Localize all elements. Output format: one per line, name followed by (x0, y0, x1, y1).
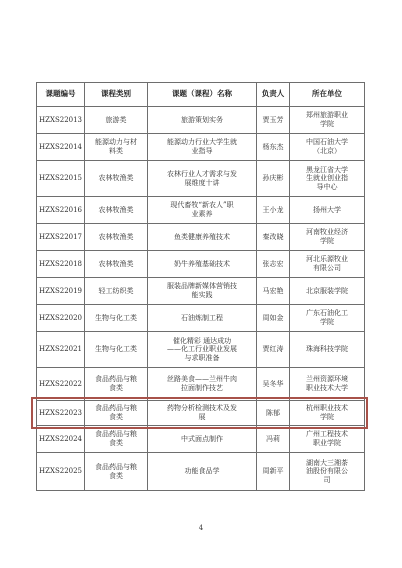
cell-topic-id: HZXS22013 (37, 107, 85, 134)
table-row: HZXS22021 生物与化工类 催化精彩 通达成功 ——化工行业职业发展 与求… (37, 332, 365, 368)
cell-unit: 河南牧业经济 学院 (290, 224, 365, 251)
cell-category: 生物与化工类 (85, 305, 148, 332)
cell-leader: 吴冬华 (257, 368, 290, 401)
cell-category: 食品药品与粮 食类 (85, 401, 148, 426)
col-header-course-name: 课题（课程）名称 (148, 83, 257, 107)
cell-topic-id: HZXS22019 (37, 278, 85, 305)
cell-category: 食品药品与粮 食类 (85, 368, 148, 401)
cell-category: 生物与化工类 (85, 332, 148, 368)
cell-course-name: 鱼类健康养殖技术 (148, 224, 257, 251)
table-row: HZXS22019 轻工纺织类 服装品牌新媒体营销技 能实践 马宏艳 北京服装学… (37, 278, 365, 305)
col-header-topic-id: 课题编号 (37, 83, 85, 107)
cell-category: 能源动力与材 料类 (85, 134, 148, 161)
cell-topic-id: HZXS22014 (37, 134, 85, 161)
cell-unit: 兰州资源环境 职业技术大学 (290, 368, 365, 401)
cell-unit: 杭州职业技术 学院 (290, 401, 365, 426)
course-table: 课题编号 课程类别 课题（课程）名称 负责人 所在单位 HZXS22013 旅游… (36, 82, 365, 491)
cell-unit: 广州工程技术 职业学院 (290, 426, 365, 453)
cell-course-name: 能源动力行业大学生就 业指导 (148, 134, 257, 161)
cell-topic-id: HZXS22023 (37, 401, 85, 426)
cell-topic-id: HZXS22017 (37, 224, 85, 251)
cell-topic-id: HZXS22022 (37, 368, 85, 401)
cell-topic-id: HZXS22021 (37, 332, 85, 368)
document-page: 课题编号 课程类别 课题（课程）名称 负责人 所在单位 HZXS22013 旅游… (0, 0, 402, 568)
cell-topic-id: HZXS22018 (37, 251, 85, 278)
cell-category: 农林牧渔类 (85, 161, 148, 197)
cell-category: 农林牧渔类 (85, 197, 148, 224)
cell-leader: 周如金 (257, 305, 290, 332)
cell-unit: 郑州旅游职业 学院 (290, 107, 365, 134)
table-row: HZXS22017 农林牧渔类 鱼类健康养殖技术 秦改晓 河南牧业经济 学院 (37, 224, 365, 251)
table-row: HZXS22024 食品药品与粮 食类 中式面点制作 冯莉 广州工程技术 职业学… (37, 426, 365, 453)
cell-topic-id: HZXS22020 (37, 305, 85, 332)
cell-course-name: 农林行业人才需求与发 展维度十讲 (148, 161, 257, 197)
cell-category: 旅游类 (85, 107, 148, 134)
cell-unit: 湖南大三湘茶 油股份有限公 司 (290, 453, 365, 491)
cell-topic-id: HZXS22015 (37, 161, 85, 197)
cell-course-name: 中式面点制作 (148, 426, 257, 453)
cell-unit: 北京服装学院 (290, 278, 365, 305)
cell-course-name: 功能食品学 (148, 453, 257, 491)
cell-topic-id: HZXS22016 (37, 197, 85, 224)
cell-course-name: 现代畜牧“新农人”职 业素养 (148, 197, 257, 224)
cell-unit: 广东石油化工 学院 (290, 305, 365, 332)
cell-unit: 河北乐源牧业 有限公司 (290, 251, 365, 278)
cell-category: 轻工纺织类 (85, 278, 148, 305)
col-header-category: 课程类别 (85, 83, 148, 107)
cell-category: 食品药品与粮 食类 (85, 453, 148, 491)
cell-unit: 珠海科技学院 (290, 332, 365, 368)
cell-category: 食品药品与粮 食类 (85, 426, 148, 453)
cell-topic-id: HZXS22024 (37, 426, 85, 453)
cell-course-name: 催化精彩 通达成功 ——化工行业职业发展 与求职准备 (148, 332, 257, 368)
cell-leader: 陈郁 (257, 401, 290, 426)
table-row-highlighted: HZXS22023 食品药品与粮 食类 药物分析检测技术及发 展 陈郁 杭州职业… (37, 401, 365, 426)
cell-course-name: 丝路美食——兰州牛肉 拉面制作技艺 (148, 368, 257, 401)
col-header-leader: 负责人 (257, 83, 290, 107)
cell-leader: 周新平 (257, 453, 290, 491)
table-row: HZXS22018 农林牧渔类 奶牛养殖基础技术 张志宏 河北乐源牧业 有限公司 (37, 251, 365, 278)
cell-leader: 秦改晓 (257, 224, 290, 251)
cell-leader: 冯莉 (257, 426, 290, 453)
table-row: HZXS22020 生物与化工类 石油炼制工程 周如金 广东石油化工 学院 (37, 305, 365, 332)
cell-leader: 贾红涛 (257, 332, 290, 368)
cell-leader: 贾玉芳 (257, 107, 290, 134)
cell-course-name: 药物分析检测技术及发 展 (148, 401, 257, 426)
table-row: HZXS22016 农林牧渔类 现代畜牧“新农人”职 业素养 王小龙 扬州大学 (37, 197, 365, 224)
cell-course-name: 旅游策划实务 (148, 107, 257, 134)
cell-leader: 杨东杰 (257, 134, 290, 161)
table-row: HZXS22025 食品药品与粮 食类 功能食品学 周新平 湖南大三湘茶 油股份… (37, 453, 365, 491)
cell-leader: 张志宏 (257, 251, 290, 278)
cell-category: 农林牧渔类 (85, 224, 148, 251)
cell-unit: 扬州大学 (290, 197, 365, 224)
cell-unit: 黑龙江省大学 生就业创业指 导中心 (290, 161, 365, 197)
cell-course-name: 服装品牌新媒体营销技 能实践 (148, 278, 257, 305)
table-row: HZXS22014 能源动力与材 料类 能源动力行业大学生就 业指导 杨东杰 中… (37, 134, 365, 161)
col-header-unit: 所在单位 (290, 83, 365, 107)
table-row: HZXS22013 旅游类 旅游策划实务 贾玉芳 郑州旅游职业 学院 (37, 107, 365, 134)
cell-topic-id: HZXS22025 (37, 453, 85, 491)
cell-category: 农林牧渔类 (85, 251, 148, 278)
page-number: 4 (0, 524, 402, 532)
table-header-row: 课题编号 课程类别 课题（课程）名称 负责人 所在单位 (37, 83, 365, 107)
table-row: HZXS22015 农林牧渔类 农林行业人才需求与发 展维度十讲 孙庆彬 黑龙江… (37, 161, 365, 197)
cell-leader: 孙庆彬 (257, 161, 290, 197)
cell-course-name: 奶牛养殖基础技术 (148, 251, 257, 278)
cell-leader: 马宏艳 (257, 278, 290, 305)
cell-unit: 中国石油大学 （北京） (290, 134, 365, 161)
cell-course-name: 石油炼制工程 (148, 305, 257, 332)
cell-leader: 王小龙 (257, 197, 290, 224)
table-row: HZXS22022 食品药品与粮 食类 丝路美食——兰州牛肉 拉面制作技艺 吴冬… (37, 368, 365, 401)
